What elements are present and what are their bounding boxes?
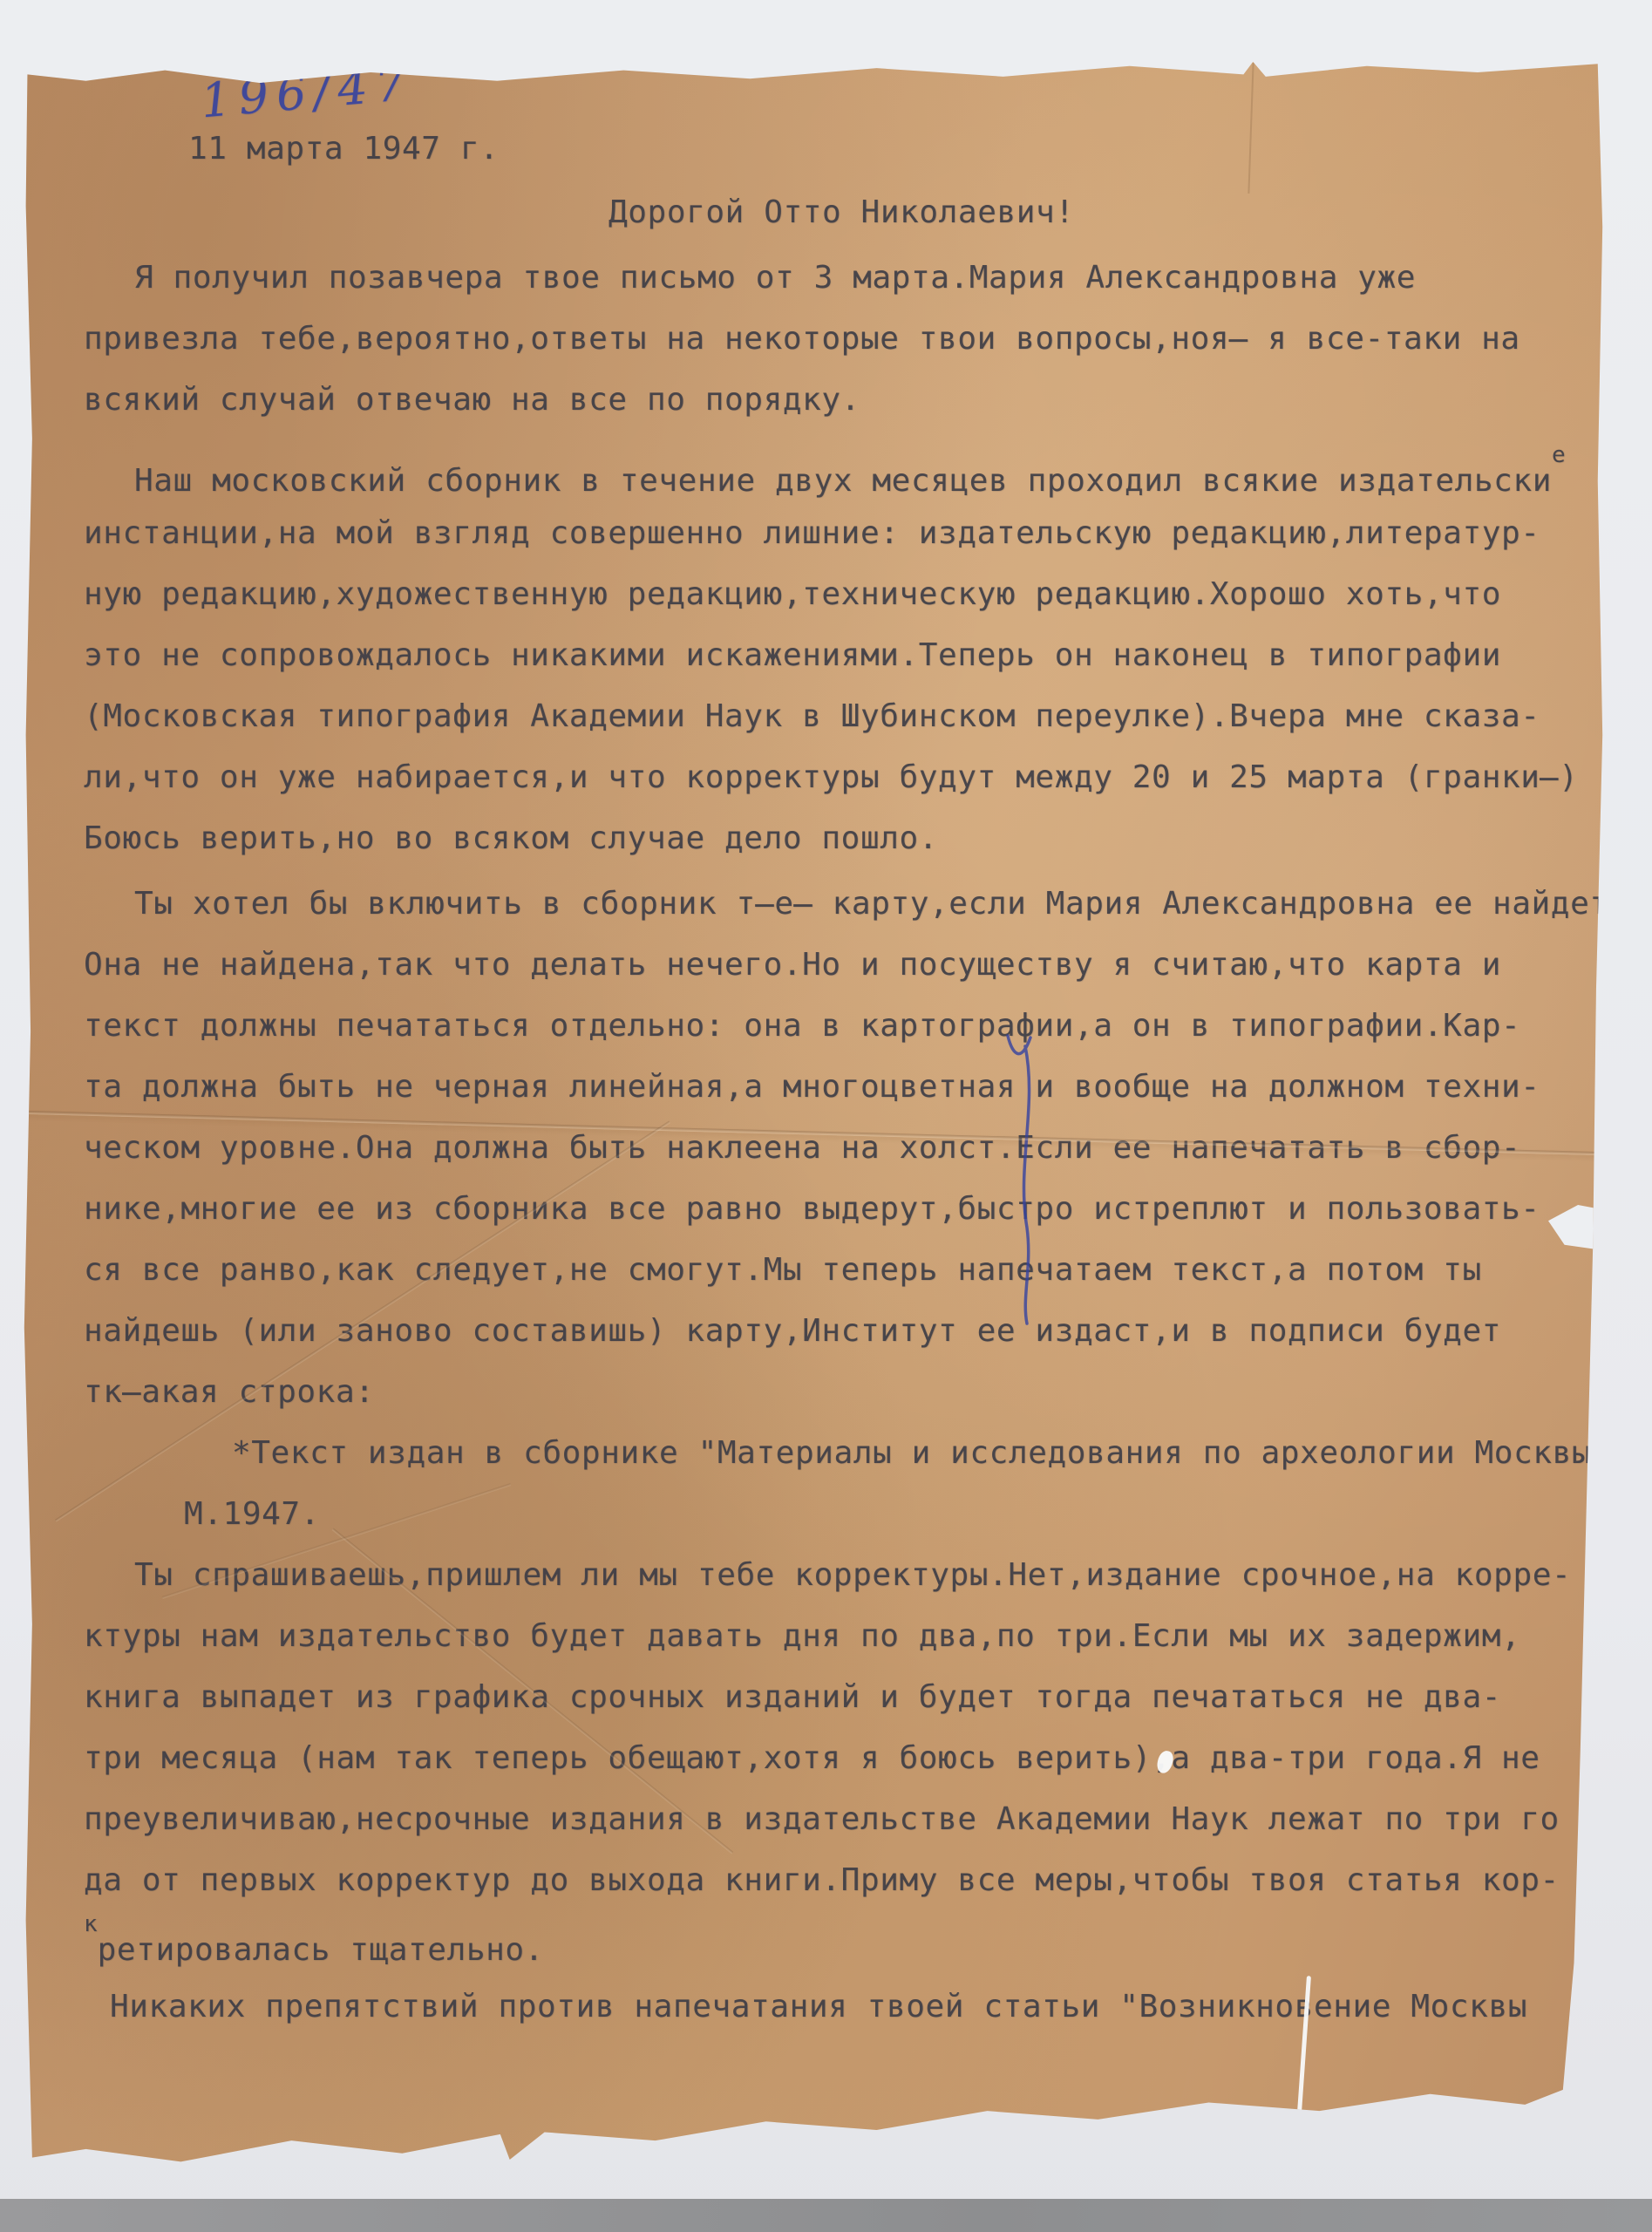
letter-paper: 196/47 11 марта 1947 г. Дорогой Отто Ник… xyxy=(23,58,1604,2174)
typed-line: инстанции,на мой взгляд совершенно лишни… xyxy=(84,503,1569,564)
letter-body: 11 марта 1947 г. Дорогой Отто Николаевич… xyxy=(23,58,1604,2038)
typed-line: М.1947. xyxy=(84,1484,1569,1545)
typed-line: (Московская типография Академии Наук в Ш… xyxy=(84,686,1569,747)
typed-line: та должна быть не черная линейная,а мног… xyxy=(84,1057,1569,1118)
typed-line: *Текст издан в сборнике "Материалы и исс… xyxy=(84,1423,1569,1484)
salutation: Дорогой Отто Николаевич! xyxy=(84,182,1569,243)
typed-line: Боюсь верить,но во всяком случае дело по… xyxy=(84,808,1569,869)
typed-correction-sup: е xyxy=(1552,442,1566,468)
typed-line: три месяца (нам так теперь обещают,хотя … xyxy=(84,1728,1569,1789)
paragraph: Я получил позавчера твое письмо от 3 мар… xyxy=(84,248,1569,431)
typed-line: Никаких препятствий против напечатания т… xyxy=(84,1977,1569,2038)
typed-line: книга выпадет из графика срочных изданий… xyxy=(84,1667,1569,1728)
typed-line: текст должны печататься отдельно: она в … xyxy=(84,996,1569,1057)
typed-line: ческом уровне.Она должна быть наклеена н… xyxy=(84,1118,1569,1179)
typed-line: это не сопровождалось никакими искажения… xyxy=(84,625,1569,686)
typed-line: Она не найдена,так что делать нечего.Но … xyxy=(84,935,1569,996)
footnote: *Текст издан в сборнике "Материалы и исс… xyxy=(84,1423,1569,1545)
typed-line: кретировалась тщательно. xyxy=(84,1911,1569,1972)
typed-line: ли,что он уже набирается,и что корректур… xyxy=(84,747,1569,808)
typed-line: Ты спрашиваешь,пришлем ли мы тебе коррек… xyxy=(84,1545,1569,1606)
typed-line: Ты хотел бы включить в сборник т̶е̶ карт… xyxy=(84,874,1569,935)
typed-line: найдешь (или заново составишь) карту,Инс… xyxy=(84,1301,1569,1362)
typed-line: преувеличиваю,несрочные издания в издате… xyxy=(84,1789,1569,1850)
typed-line: нике,многие ее из сборника все равно выд… xyxy=(84,1179,1569,1240)
typed-line: ную редакцию,художественную редакцию,тех… xyxy=(84,564,1569,625)
paragraph: Ты хотел бы включить в сборник т̶е̶ карт… xyxy=(84,874,1569,1423)
typed-line: Я получил позавчера твое письмо от 3 мар… xyxy=(84,248,1569,309)
scanner-edge-band xyxy=(0,2199,1652,2232)
paragraph: Наш московский сборник в течение двух ме… xyxy=(84,442,1569,869)
paragraph: Никаких препятствий против напечатания т… xyxy=(84,1977,1569,2038)
typed-line: Наш московский сборник в течение двух ме… xyxy=(84,442,1569,503)
typed-correction-sup: к xyxy=(84,1911,98,1937)
date-line: 11 марта 1947 г. xyxy=(188,119,1569,180)
typed-line: ся все ранво,как следует,не смогут.Мы те… xyxy=(84,1240,1569,1301)
paragraph: Ты спрашиваешь,пришлем ли мы тебе коррек… xyxy=(84,1545,1569,1972)
typed-line: да от первых корректур до выхода книги.П… xyxy=(84,1850,1569,1911)
typed-line: тк̶акая строка: xyxy=(84,1362,1569,1423)
typed-line: всякий случай отвечаю на все по порядку. xyxy=(84,370,1569,431)
typed-line: ктуры нам издательство будет давать дня … xyxy=(84,1606,1569,1667)
typed-line: привезла тебе,вероятно,ответы на некотор… xyxy=(84,309,1569,370)
